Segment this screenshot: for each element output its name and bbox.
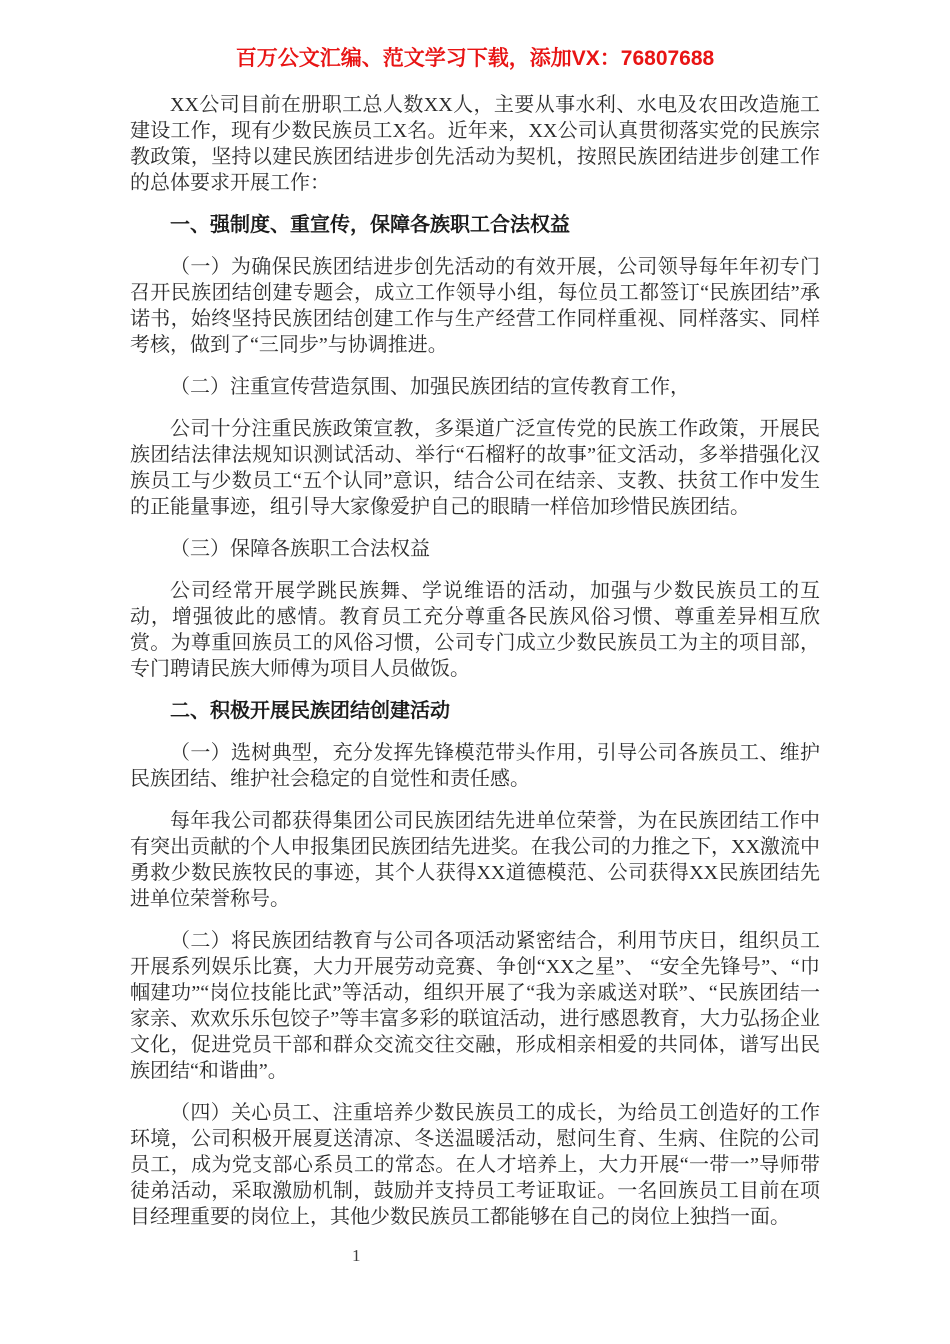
header-ad-banner: 百万公文汇编、范文学习下载，添加VX：76807688 — [130, 45, 820, 73]
document-body: XX公司目前在册职工总人数XX人，主要从事水利、水电及农田改造施工建设工作，现有… — [130, 92, 820, 1230]
paragraph: 每年我公司都获得集团公司民族团结先进单位荣誉，为在民族团结工作中有突出贡献的个人… — [130, 808, 820, 912]
paragraph: XX公司目前在册职工总人数XX人，主要从事水利、水电及农田改造施工建设工作，现有… — [130, 92, 820, 196]
section-heading: 二、积极开展民族团结创建活动 — [130, 698, 820, 724]
paragraph: 公司十分注重民族政策宣教，多渠道广泛宣传党的民族工作政策，开展民族团结法律法规知… — [130, 416, 820, 520]
document-page: 百万公文汇编、范文学习下载，添加VX：76807688 XX公司目前在册职工总人… — [0, 0, 950, 1344]
paragraph: （二）将民族团结教育与公司各项活动紧密结合，利用节庆日，组织员工开展系列娱乐比赛… — [130, 928, 820, 1084]
section-heading: 一、强制度、重宣传，保障各族职工合法权益 — [130, 212, 820, 238]
paragraph: （四）关心员工、注重培养少数民族员工的成长，为给员工创造好的工作环境，公司积极开… — [130, 1100, 820, 1230]
paragraph: 公司经常开展学跳民族舞、学说维语的活动，加强与少数民族员工的互动，增强彼此的感情… — [130, 578, 820, 682]
paragraph: （一）为确保民族团结进步创先活动的有效开展，公司领导每年年初专门召开民族团结创建… — [130, 254, 820, 358]
paragraph: （三）保障各族职工合法权益 — [130, 536, 820, 562]
paragraph: （一）选树典型，充分发挥先锋模范带头作用，引导公司各族员工、维护民族团结、维护社… — [130, 740, 820, 792]
paragraph: （二）注重宣传营造氛围、加强民族团结的宣传教育工作， — [130, 374, 820, 400]
page-number: 1 — [352, 1246, 361, 1266]
